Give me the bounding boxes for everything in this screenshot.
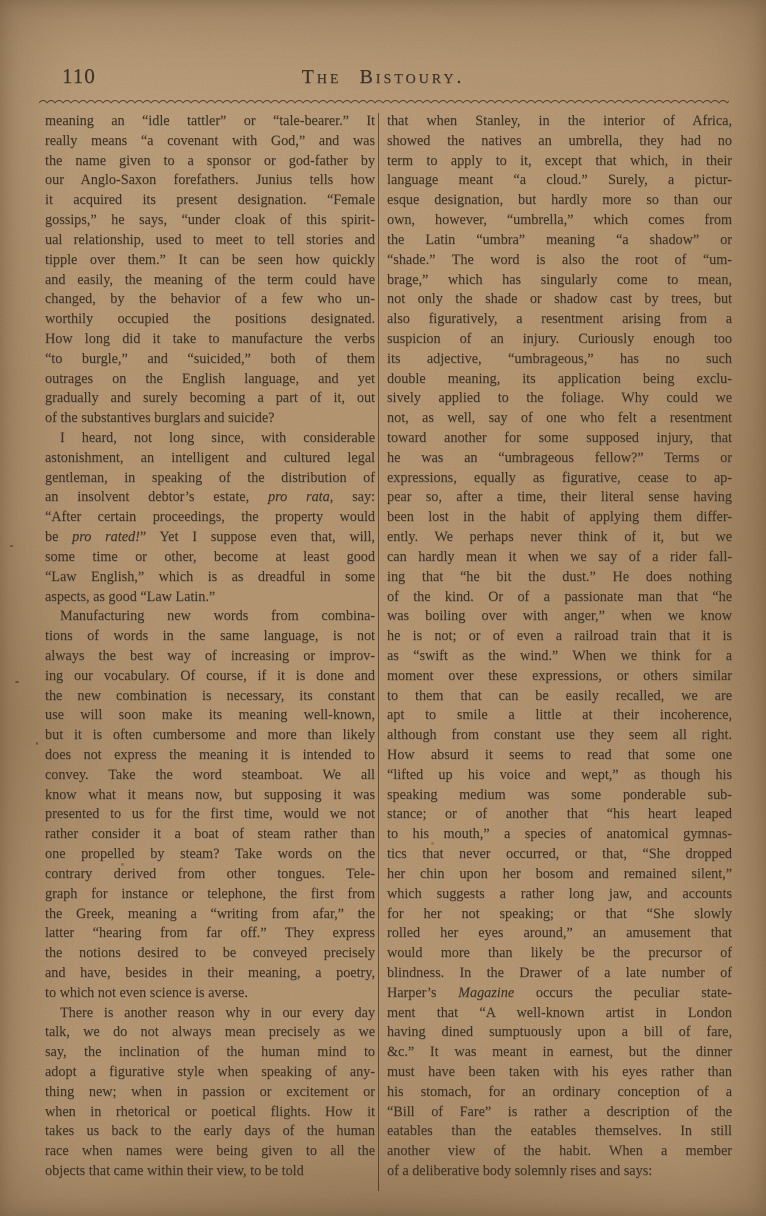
text-line: Harper’s Magazine occurs the peculiar st… <box>387 984 732 1004</box>
text-line: How long did it take to manufacture the … <box>45 330 375 350</box>
text-line: for her not speaking; or that “She slowl… <box>387 905 732 925</box>
text-line: can hardly mean it when we say of a ride… <box>387 548 732 568</box>
paragraph: that when Stanley, in the interior of Af… <box>387 112 732 1182</box>
text-line: showed the natives an umbrella, they had… <box>387 132 732 152</box>
text-line: tipple over them.” It can be seen how qu… <box>45 251 375 271</box>
text-line: our Anglo-Saxon forefathers. Junius tell… <box>45 171 375 191</box>
text-line: been lost in the habit of applying them … <box>387 508 732 528</box>
text-line: changed, by the behavior of a few who un… <box>45 290 375 310</box>
text-line: that when Stanley, in the interior of Af… <box>387 112 732 132</box>
text-line: was boiling over with anger,” when we kn… <box>387 607 732 627</box>
paper-speck <box>15 681 19 683</box>
text-line: ently. We perhaps never think of it, but… <box>387 528 732 548</box>
text-line: his stomach, for an ordinary conception … <box>387 1083 732 1103</box>
text-line: would more than likely be the precursor … <box>387 944 732 964</box>
text-line: aspects, as good “Law Latin.” <box>45 588 375 608</box>
text-line: suspicion of an injury. Curiously enough… <box>387 330 732 350</box>
wavy-rule-divider <box>39 97 729 109</box>
text-line: race when names were being given to all … <box>45 1142 375 1162</box>
text-line: be pro rated!” Yet I suppose even that, … <box>45 528 375 548</box>
paragraph: There is another reason why in our every… <box>45 1004 375 1182</box>
text-line: astonishment, an intelligent and culture… <box>45 449 375 469</box>
text-line: and easily, the meaning of the term coul… <box>45 271 375 291</box>
text-line: know what it means now, but supposing it… <box>45 786 375 806</box>
text-line: “Bill of Fare” is rather a description o… <box>387 1103 732 1123</box>
text-line: eatables than the eatables themselves. I… <box>387 1122 732 1142</box>
text-line: ment that “A well-known artist in London <box>387 1004 732 1024</box>
text-line: to which not even science is averse. <box>45 984 375 1004</box>
text-line: always the best way of increasing or imp… <box>45 647 375 667</box>
text-line: one propelled by steam? Take words on th… <box>45 845 375 865</box>
paper-speck <box>121 863 124 866</box>
scanned-book-page: 110 The Bistoury. meaning an “idle tattl… <box>0 0 766 1216</box>
text-line: &c.” It was meant in earnest, but the di… <box>387 1043 732 1063</box>
text-line: really means “a covenant with God,” and … <box>45 132 375 152</box>
text-line: not, as well, say of one who felt a rese… <box>387 409 732 429</box>
text-line: tics that never occurred, or that, “She … <box>387 845 732 865</box>
column-gap <box>375 112 387 1182</box>
text-line: blindness. In the Drawer of a late numbe… <box>387 964 732 984</box>
text-line: gentleman, in speaking of the distributi… <box>45 469 375 489</box>
text-line: presented to us for the first time, woul… <box>45 805 375 825</box>
text-line: say, the inclination of the human mind t… <box>45 1043 375 1063</box>
text-line: brage,” which has singularly come to mea… <box>387 271 732 291</box>
text-line: although from constant use they seem all… <box>387 726 732 746</box>
text-line: he is not; or of even a railroad train t… <box>387 627 732 647</box>
text-line: of the kind. Or of a passionate man that… <box>387 588 732 608</box>
text-line: to his mouth,” a species of anatomical g… <box>387 825 732 845</box>
text-line: also figuratively, a resentment arising … <box>387 310 732 330</box>
text-line: the name given to a sponsor or god-fathe… <box>45 152 375 172</box>
text-line: esque designation, but hardly more so th… <box>387 191 732 211</box>
text-line: There is another reason why in our every… <box>45 1004 375 1024</box>
right-text-column: that when Stanley, in the interior of Af… <box>387 112 732 1182</box>
text-line: own, however, “umbrella,” which comes fr… <box>387 211 732 231</box>
text-columns: meaning an “idle tattler” or “tale-beare… <box>45 112 732 1182</box>
text-line: objects that came within their view, to … <box>45 1162 375 1182</box>
paper-speck <box>36 742 38 745</box>
paper-speck <box>431 842 434 845</box>
text-line: must have been taken with his eyes rathe… <box>387 1063 732 1083</box>
text-line: some time or other, become at least good <box>45 548 375 568</box>
text-line: tions of words in the same language, is … <box>45 627 375 647</box>
text-line: the Latin “umbra” meaning “a shadow” or <box>387 231 732 251</box>
text-line: an insolvent debtor’s estate, pro rata, … <box>45 488 375 508</box>
text-line: “Law English,” which is as dreadful in s… <box>45 568 375 588</box>
text-line: its adjective, “umbrageous,” has no such <box>387 350 732 370</box>
text-line: to them that can be easily recalled, we … <box>387 687 732 707</box>
text-line: I heard, not long since, with considerab… <box>45 429 375 449</box>
paragraph: meaning an “idle tattler” or “tale-beare… <box>45 112 375 429</box>
text-line: gradually and surely becoming a part of … <box>45 389 375 409</box>
text-line: rolled her eyes around,” an amusement th… <box>387 924 732 944</box>
text-line: outrages on the English language, and ye… <box>45 370 375 390</box>
text-line: of the substantives burglars and suicide… <box>45 409 375 429</box>
paragraph: I heard, not long since, with considerab… <box>45 429 375 607</box>
text-line: use will soon make its meaning well-know… <box>45 706 375 726</box>
text-line: “to burgle,” and “suicided,” both of the… <box>45 350 375 370</box>
text-line: pear so, after a time, their literal sen… <box>387 488 732 508</box>
text-line: rather consider it a boat of steam rathe… <box>45 825 375 845</box>
text-line: the new combination is necessary, its co… <box>45 687 375 707</box>
paper-speck <box>10 545 13 547</box>
text-line: “shade.” The word is also the root of “u… <box>387 251 732 271</box>
text-line: speaking medium was some ponderable sub- <box>387 786 732 806</box>
text-line: having dined sumptuously upon a bill of … <box>387 1023 732 1043</box>
paragraph: Manufacturing new words from combina-tio… <box>45 607 375 1003</box>
text-line: does not express the meaning it is inten… <box>45 746 375 766</box>
text-line: the Greek, meaning a “writing from afar,… <box>45 905 375 925</box>
text-line: contrary derived from other tongues. Tel… <box>45 865 375 885</box>
text-line: ing our vocabulary. Of course, if it is … <box>45 667 375 687</box>
text-line: “After certain proceedings, the property… <box>45 508 375 528</box>
text-line: How absurd it seems to read that some on… <box>387 746 732 766</box>
text-line: thing new; when in passion or excitement… <box>45 1083 375 1103</box>
text-line: as “swift as the wind.” When we think fo… <box>387 647 732 667</box>
text-line: it acquired its present designation. “Fe… <box>45 191 375 211</box>
text-line: when in rhetorical or poetical flights. … <box>45 1103 375 1123</box>
text-line: expressions, equally as figurative, ceas… <box>387 469 732 489</box>
text-line: he was an “umbrageous fellow?” Terms or <box>387 449 732 469</box>
page-title: The Bistoury. <box>0 66 766 89</box>
text-line: her chin upon her bosom and remained sil… <box>387 865 732 885</box>
text-line: gossips,” he says, “under cloak of this … <box>45 211 375 231</box>
text-line: moment over these expressions, or others… <box>387 667 732 687</box>
text-line: term to apply to it, except that which, … <box>387 152 732 172</box>
text-line: which suggests a rather long jaw, and ac… <box>387 885 732 905</box>
text-line: apt to smile a little at their incoheren… <box>387 706 732 726</box>
text-line: another view of the habit. When a member <box>387 1142 732 1162</box>
text-line: talk, we do not always mean precisely as… <box>45 1023 375 1043</box>
text-line: meaning an “idle tattler” or “tale-beare… <box>45 112 375 132</box>
text-line: Manufacturing new words from combina- <box>45 607 375 627</box>
text-line: convey. Take the word steamboat. We all <box>45 766 375 786</box>
text-line: latter “hearing from far off.” They expr… <box>45 924 375 944</box>
text-line: and have, besides in their meaning, a po… <box>45 964 375 984</box>
text-line: double meaning, its application being ex… <box>387 370 732 390</box>
text-line: ing that “he bit the dust.” He does noth… <box>387 568 732 588</box>
text-line: language meant “a cloud.” Surely, a pict… <box>387 171 732 191</box>
text-line: sively applied to the foliage. Why could… <box>387 389 732 409</box>
text-line: adopt a figurative style when speaking o… <box>45 1063 375 1083</box>
text-line: toward another for some supposed injury,… <box>387 429 732 449</box>
text-line: not only the shade or shadow cast by tre… <box>387 290 732 310</box>
text-line: ual relationship, used to meet to tell s… <box>45 231 375 251</box>
text-line: takes us back to the early days of the h… <box>45 1122 375 1142</box>
text-line: “lifted up his voice and wept,” as thoug… <box>387 766 732 786</box>
text-line: worthily occupied the positions designat… <box>45 310 375 330</box>
text-line: graph for instance or telephone, the fir… <box>45 885 375 905</box>
text-line: the notions desired to be conveyed preci… <box>45 944 375 964</box>
text-line: stance; or of another that “his heart le… <box>387 805 732 825</box>
text-line: of a deliberative body solemnly rises an… <box>387 1162 732 1182</box>
text-line: but it is often cumbersome and more than… <box>45 726 375 746</box>
left-text-column: meaning an “idle tattler” or “tale-beare… <box>45 112 375 1182</box>
